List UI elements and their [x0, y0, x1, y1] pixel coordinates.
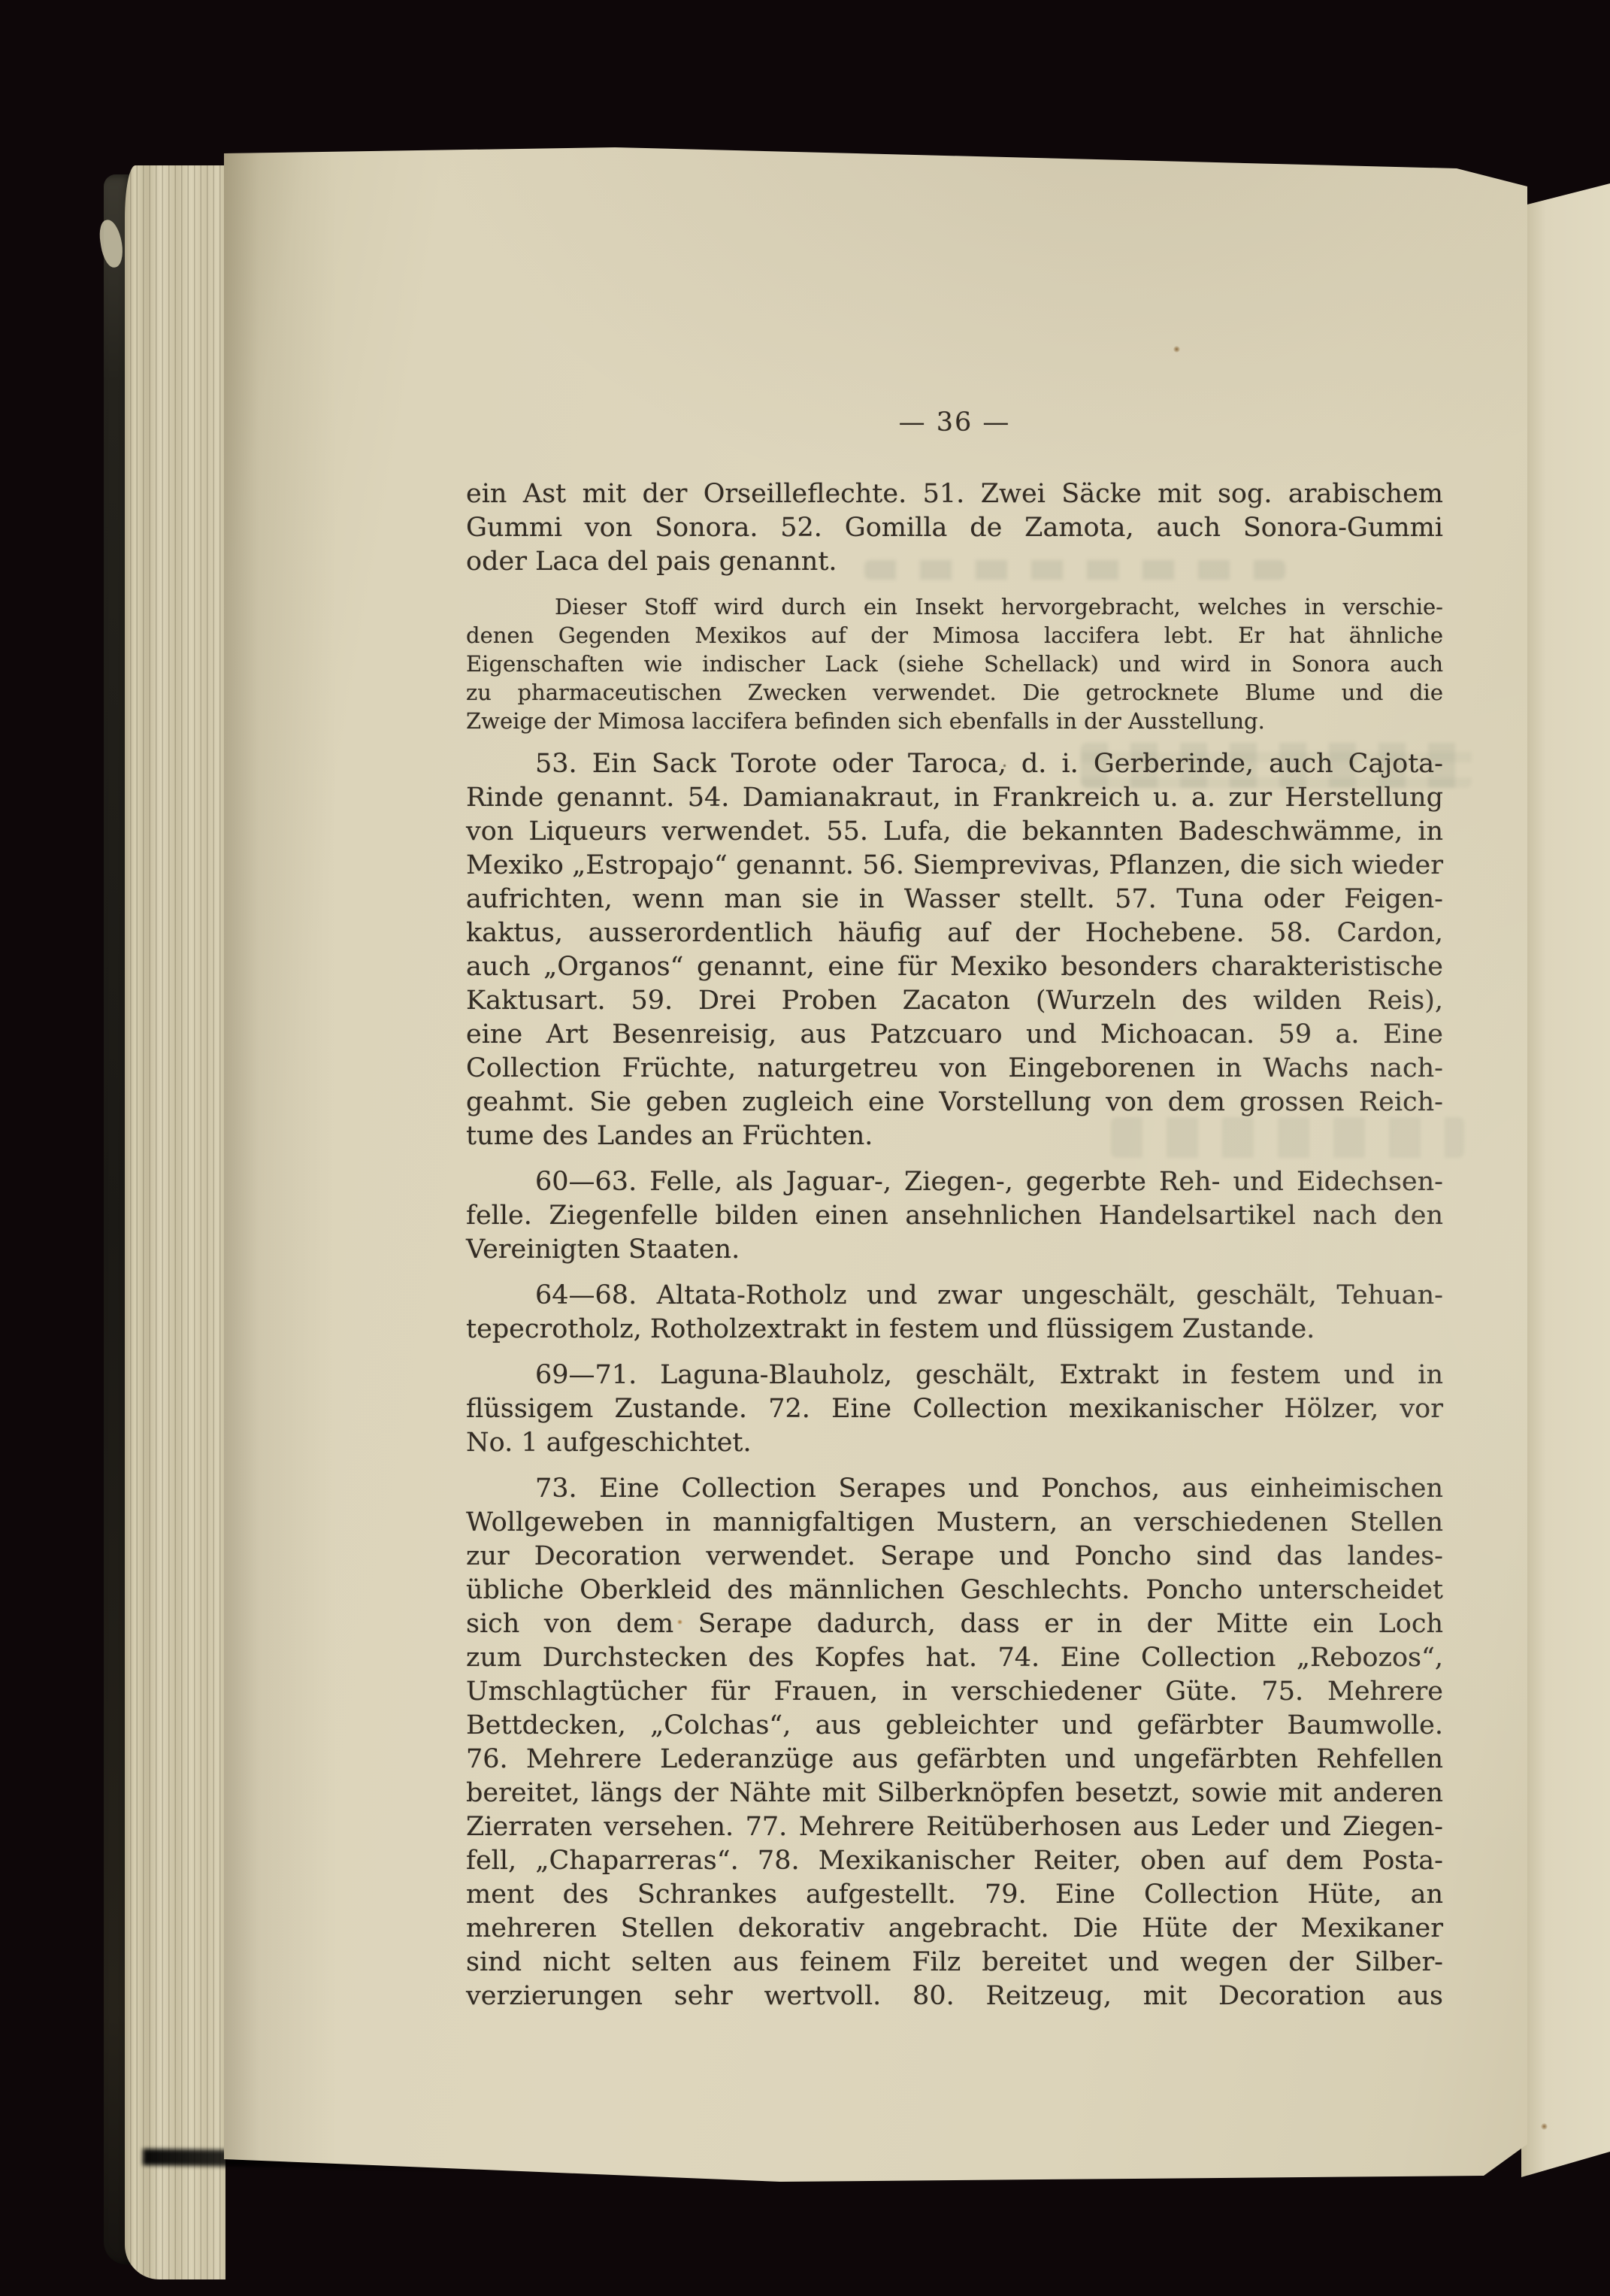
text-line: ein Ast mit der Orseilleflechte. 51. Zwe… [466, 477, 1443, 511]
paragraph: 60—63. Felle, als Jaguar-, Ziegen-, gege… [466, 1165, 1443, 1267]
book-scan: — 36 — ein Ast mit der Orseilleflechte. … [0, 0, 1610, 2296]
book-page: — 36 — ein Ast mit der Orseilleflechte. … [224, 147, 1527, 2182]
text-line: Gummi von Sonora. 52. Gomilla de Zamota,… [466, 511, 1443, 545]
text-line: mehreren Stellen dekorativ angebracht. D… [466, 1912, 1443, 1946]
text-line: bereitet, längs der Nähte mit Silberknöp… [466, 1777, 1443, 1810]
page-text: ein Ast mit der Orseilleflechte. 51. Zwe… [466, 477, 1443, 2013]
text-line: fell, „Chaparreras“. 78. Mexikanischer R… [466, 1844, 1443, 1878]
page-text-column: — 36 — ein Ast mit der Orseilleflechte. … [466, 406, 1443, 2013]
text-line: 64—68. Altata-Rotholz und zwar ungeschäl… [466, 1279, 1443, 1313]
text-line: eine Art Besenreisig, aus Patzcuaro und … [466, 1018, 1443, 1052]
next-page-edge [1521, 183, 1610, 2177]
text-line: 76. Mehrere Lederanzüge aus gefärbten un… [466, 1743, 1443, 1777]
page-stack-edges [125, 165, 225, 2279]
text-line: Eigenschaften wie indischer Lack (siehe … [466, 650, 1443, 678]
text-line: Umschlagtücher für Frauen, in verschiede… [466, 1675, 1443, 1709]
text-line: 53. Ein Sack Torote oder Taroca, d. i. G… [466, 747, 1443, 781]
text-line: Vereinigten Staaten. [466, 1233, 1443, 1267]
text-line: sich von dem Serape dadurch, dass er in … [466, 1607, 1443, 1641]
text-line: übliche Oberkleid des männlichen Geschle… [466, 1574, 1443, 1607]
text-line: zum Durchstecken des Kopfes hat. 74. Ein… [466, 1641, 1443, 1675]
text-line: kaktus, ausserordentlich häufig auf der … [466, 916, 1443, 950]
text-line: Zierraten versehen. 77. Mehrere Reitüber… [466, 1810, 1443, 1844]
text-line: flüssigem Zustande. 72. Eine Collection … [466, 1392, 1443, 1426]
text-line: ment des Schrankes aufgestellt. 79. Eine… [466, 1878, 1443, 1912]
text-line: denen Gegenden Mexikos auf der Mimosa la… [466, 621, 1443, 650]
text-line: felle. Ziegenfelle bilden einen ansehnli… [466, 1199, 1443, 1233]
text-line: Kaktusart. 59. Drei Proben Zacaton (Wurz… [466, 984, 1443, 1018]
paragraph: 53. Ein Sack Torote oder Taroca, d. i. G… [466, 747, 1443, 1153]
text-line: Dieser Stoff wird durch ein Insekt hervo… [466, 592, 1443, 621]
text-line: Zweige der Mimosa laccifera befinden sic… [466, 707, 1443, 735]
text-line: aufrichten, wenn man sie in Wasser stell… [466, 883, 1443, 916]
text-line: zu pharmaceutischen Zwecken verwendet. D… [466, 678, 1443, 707]
text-line: Mexiko „Estropajo“ genannt. 56. Siemprev… [466, 849, 1443, 883]
text-line: Rinde genannt. 54. Damianakraut, in Fran… [466, 781, 1443, 815]
text-line: No. 1 aufgeschichtet. [466, 1426, 1443, 1460]
paragraph: 64—68. Altata-Rotholz und zwar ungeschäl… [466, 1279, 1443, 1346]
text-line: sind nicht selten aus feinem Filz bereit… [466, 1946, 1443, 1979]
text-line: tepecrotholz, Rotholzextrakt in festem u… [466, 1313, 1443, 1346]
text-line: 60—63. Felle, als Jaguar-, Ziegen-, gege… [466, 1165, 1443, 1199]
text-line: auch „Organos“ genannt, eine für Mexiko … [466, 950, 1443, 984]
text-line: von Liqueurs verwendet. 55. Lufa, die be… [466, 815, 1443, 849]
text-line: zur Decoration verwendet. Serape und Pon… [466, 1540, 1443, 1574]
text-line: 73. Eine Collection Serapes und Ponchos,… [466, 1472, 1443, 1506]
text-line: 69—71. Laguna-Blauholz, geschält, Extrak… [466, 1359, 1443, 1392]
page-number: — 36 — [466, 406, 1443, 440]
paragraph: 69—71. Laguna-Blauholz, geschält, Extrak… [466, 1359, 1443, 1460]
text-line: Wollgeweben in mannigfaltigen Mustern, a… [466, 1506, 1443, 1540]
text-line: Collection Früchte, naturgetreu von Eing… [466, 1052, 1443, 1086]
text-line: geahmt. Sie geben zugleich eine Vorstell… [466, 1086, 1443, 1119]
text-line: oder Laca del pais genannt. [466, 545, 1443, 579]
text-line: verzierungen sehr wertvoll. 80. Reitzeug… [466, 1979, 1443, 2013]
text-line: Bettdecken, „Colchas“, aus gebleichter u… [466, 1709, 1443, 1743]
paragraph: ein Ast mit der Orseilleflechte. 51. Zwe… [466, 477, 1443, 579]
text-line: tume des Landes an Früchten. [466, 1119, 1443, 1153]
paragraph: Dieser Stoff wird durch ein Insekt hervo… [466, 592, 1443, 735]
foxing-spot [1173, 346, 1180, 353]
paragraph: 73. Eine Collection Serapes und Ponchos,… [466, 1472, 1443, 2013]
